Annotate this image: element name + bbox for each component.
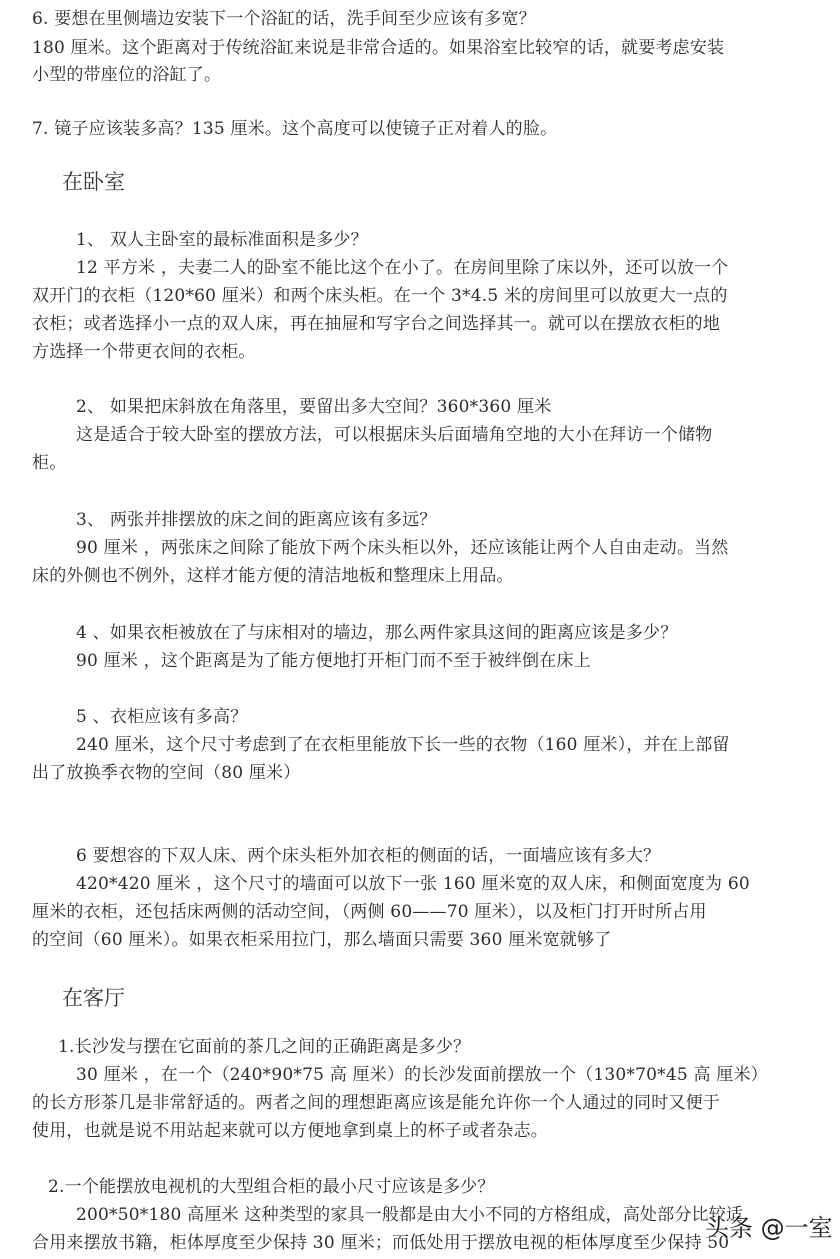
answer-living-1-line-1: 30 厘米 ，在一个（240*90*75 高 厘米）的长沙发面前摆放一个（130… [76, 1064, 768, 1086]
answer-bedroom-3-line-1: 90 厘米 ，两张床之间除了能放下两个床头柜以外，还应该能让两个人自由走动。当然 [76, 537, 728, 559]
answer-living-1-line-2: 的长方形茶几是非常舒适的。两者之间的理想距离应该是能允许你一个人通过的同时又便于 [32, 1092, 720, 1114]
section-heading-bedroom: 在卧室 [62, 169, 125, 195]
question-living-2: 2.一个能摆放电视机的大型组合柜的最小尺寸应该是多少？ [48, 1176, 495, 1198]
answer-bedroom-1-line-3: 衣柜；或者选择小一点的双人床，再在抽屉和写字台之间选择其一。就可以在摆放衣柜的地 [32, 313, 720, 335]
question-living-1: 1.长沙发与摆在它面前的茶几之间的正确距离是多少？ [58, 1036, 470, 1058]
section-heading-living-room: 在客厅 [62, 985, 125, 1011]
answer-bedroom-5-line-2: 出了放换季衣物的空间（80 厘米） [32, 762, 300, 784]
question-bedroom-5: 5 、衣柜应该有多高？ [76, 706, 247, 728]
answer-living-1-line-3: 使用，也就是说不用站起来就可以方便地拿到桌上的杯子或者杂志。 [32, 1120, 548, 1142]
question-bedroom-1: 1、 双人主卧室的最标准面积是多少？ [76, 229, 368, 251]
question-bedroom-6: 6 要想容的下双人床、两个床头柜外加衣柜的侧面的话，一面墙应该有多大？ [76, 845, 660, 867]
answer-bathroom-6-line-2: 小型的带座位的浴缸了。 [32, 64, 221, 86]
answer-bedroom-6-line-1: 420*420 厘米 ，这个尺寸的墙面可以放下一张 160 厘米宽的双人床，和侧… [76, 873, 750, 895]
answer-bathroom-6-line-1: 180 厘米。这个距离对于传统浴缸来说是非常合适的。如果浴室比较窄的话，就要考虑… [32, 37, 724, 59]
question-bedroom-4: 4 、如果衣柜被放在了与床相对的墙边，那么两件家具这间的距离应该是多少？ [76, 622, 677, 644]
question-bathroom-7: 7. 镜子应该装多高？135 厘米。这个高度可以使镜子正对着人的脸。 [32, 118, 557, 140]
answer-bedroom-2-line-2: 柜。 [32, 452, 66, 474]
answer-living-2-line-2: 合用来摆放书籍，柜体厚度至少保持 30 厘米；而低处用于摆放电视的柜体厚度至少保… [32, 1232, 729, 1254]
answer-bedroom-3-line-2: 床的外侧也不例外，这样才能方便的清洁地板和整理床上用品。 [32, 565, 514, 587]
answer-bedroom-1-line-4: 方选择一个带更衣间的衣柜。 [32, 341, 256, 363]
answer-bedroom-1-line-2: 双开门的衣柜（120*60 厘米）和两个床头柜。在一个 3*4.5 米的房间里可… [32, 285, 728, 307]
answer-bedroom-2-line-1: 这是适合于较大卧室的摆放方法，可以根据床头后面墙角空地的大小在拜访一个储物 [76, 424, 712, 446]
answer-bedroom-4-line-1: 90 厘米 ，这个距离是为了能方便地打开柜门而不至于被绊倒在床上 [76, 650, 591, 672]
question-bedroom-2: 2、 如果把床斜放在角落里，要留出多大空间？360*360 厘米 [76, 396, 551, 418]
answer-bedroom-5-line-1: 240 厘米，这个尺寸考虑到了在衣柜里能放下长一些的衣物（160 厘米），并在上… [76, 734, 730, 756]
answer-living-2-line-1: 200*50*180 高厘米 这种类型的家具一般都是由大小不同的方格组成，高处部… [76, 1204, 743, 1226]
answer-bedroom-6-line-3: 的空间（60 厘米）。如果衣柜采用拉门，那么墙面只需要 360 厘米宽就够了 [32, 929, 611, 951]
watermark: 头条 @一室 [705, 1208, 833, 1243]
answer-bedroom-1-line-1: 12 平方米 ，夫妻二人的卧室不能比这个在小了。在房间里除了床以外，还可以放一个 [76, 257, 728, 279]
question-bedroom-3: 3、 两张并排摆放的床之间的距离应该有多远？ [76, 509, 437, 531]
question-bathroom-6: 6. 要想在里侧墙边安装下一个浴缸的话，洗手间至少应该有多宽？ [32, 8, 536, 30]
answer-bedroom-6-line-2: 厘米的衣柜，还包括床两侧的活动空间，（两侧 60——70 厘米），以及柜门打开时… [32, 901, 707, 923]
